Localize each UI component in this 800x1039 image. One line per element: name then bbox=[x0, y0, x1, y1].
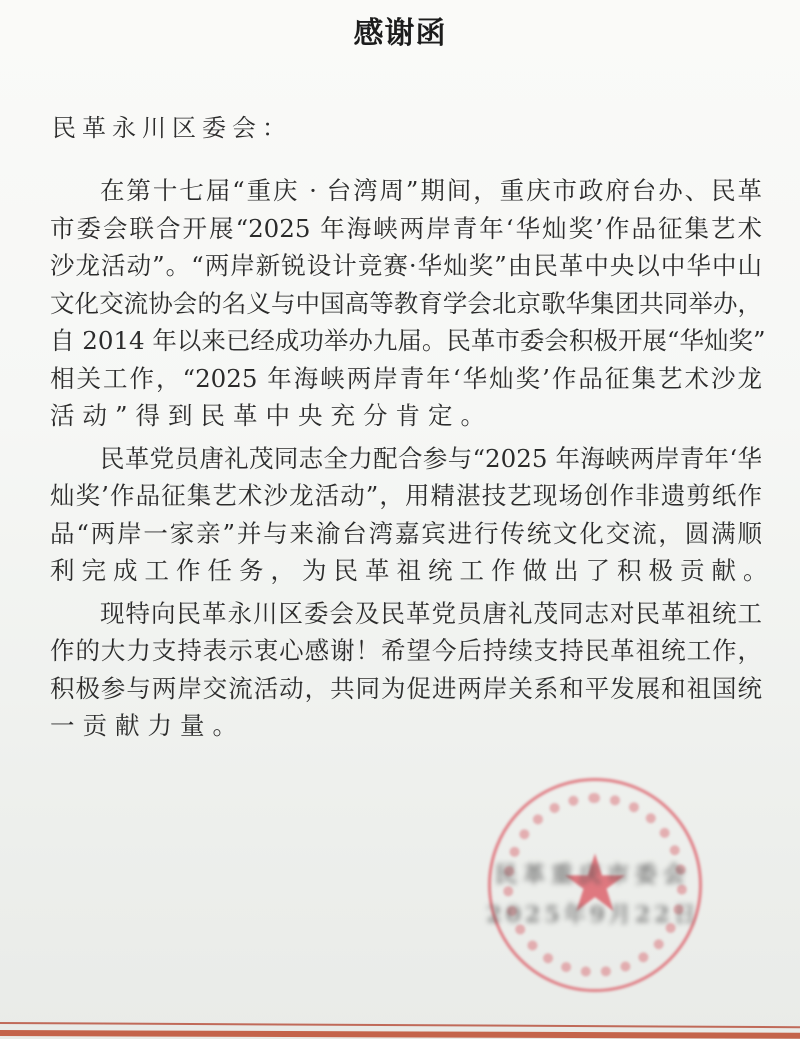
text-line: 作的大力支持表示衷心感谢！希望今后持续支持民革祖统工作， bbox=[50, 632, 762, 670]
text-line: 现特向民革永川区委会及民革党员唐礼茂同志对民革祖统工 bbox=[50, 595, 762, 633]
text-line: 活动”得到民革中央充分肯定。 bbox=[50, 397, 762, 435]
footer-rule-thin bbox=[0, 1022, 800, 1028]
text-line: 市委会联合开展“2025 年海峡两岸青年‘华灿奖’作品征集艺术 bbox=[50, 210, 762, 248]
text-line: 相关工作，“2025 年海峡两岸青年‘华灿奖’作品征集艺术沙龙 bbox=[50, 360, 762, 398]
paragraph-1: 在第十七届“重庆 · 台湾周”期间，重庆市政府台办、民革 市委会联合开展“202… bbox=[50, 172, 762, 435]
signature-date: 2025年9月22日 bbox=[478, 898, 708, 929]
salutation: 民革永川区委会： bbox=[52, 108, 292, 143]
text-line: 灿奖’作品征集艺术沙龙活动”，用精湛技艺现场创作非遗剪纸作 bbox=[50, 477, 762, 515]
text-line: 利完成工作任务，为民革祖统工作做出了积极贡献。 bbox=[50, 552, 762, 590]
signature-organization: 民革重庆市委会 bbox=[478, 858, 708, 889]
footer-rule-thick bbox=[0, 1030, 800, 1039]
letter-body: 在第十七届“重庆 · 台湾周”期间，重庆市政府台办、民革 市委会联合开展“202… bbox=[50, 172, 762, 745]
text-line: 沙龙活动”。“两岸新锐设计竞赛·华灿奖”由民革中央以中华中山 bbox=[50, 247, 762, 285]
text-line: 文化交流协会的名义与中国高等教育学会北京歌华集团共同举办， bbox=[50, 285, 762, 323]
text-line: 品“两岸一家亲”并与来渝台湾嘉宾进行传统文化交流，圆满顺 bbox=[50, 515, 762, 553]
paragraph-2: 民革党员唐礼茂同志全力配合参与“2025 年海峡两岸青年‘华 灿奖’作品征集艺术… bbox=[50, 440, 762, 590]
text-line: 在第十七届“重庆 · 台湾周”期间，重庆市政府台办、民革 bbox=[50, 172, 762, 210]
document-title: 感谢函 bbox=[0, 8, 800, 52]
text-line: 一贡献力量。 bbox=[50, 707, 762, 745]
text-line: 积极参与两岸交流活动，共同为促进两岸关系和平发展和祖国统 bbox=[50, 670, 762, 708]
letter-page: 感谢函 民革永川区委会： 在第十七届“重庆 · 台湾周”期间，重庆市政府台办、民… bbox=[0, 0, 800, 1039]
text-line: 民革党员唐礼茂同志全力配合参与“2025 年海峡两岸青年‘华 bbox=[50, 440, 762, 478]
paragraph-3: 现特向民革永川区委会及民革党员唐礼茂同志对民革祖统工 作的大力支持表示衷心感谢！… bbox=[50, 595, 762, 745]
text-line: 自 2014 年以来已经成功举办九届。民革市委会积极开展“华灿奖” bbox=[50, 322, 762, 360]
